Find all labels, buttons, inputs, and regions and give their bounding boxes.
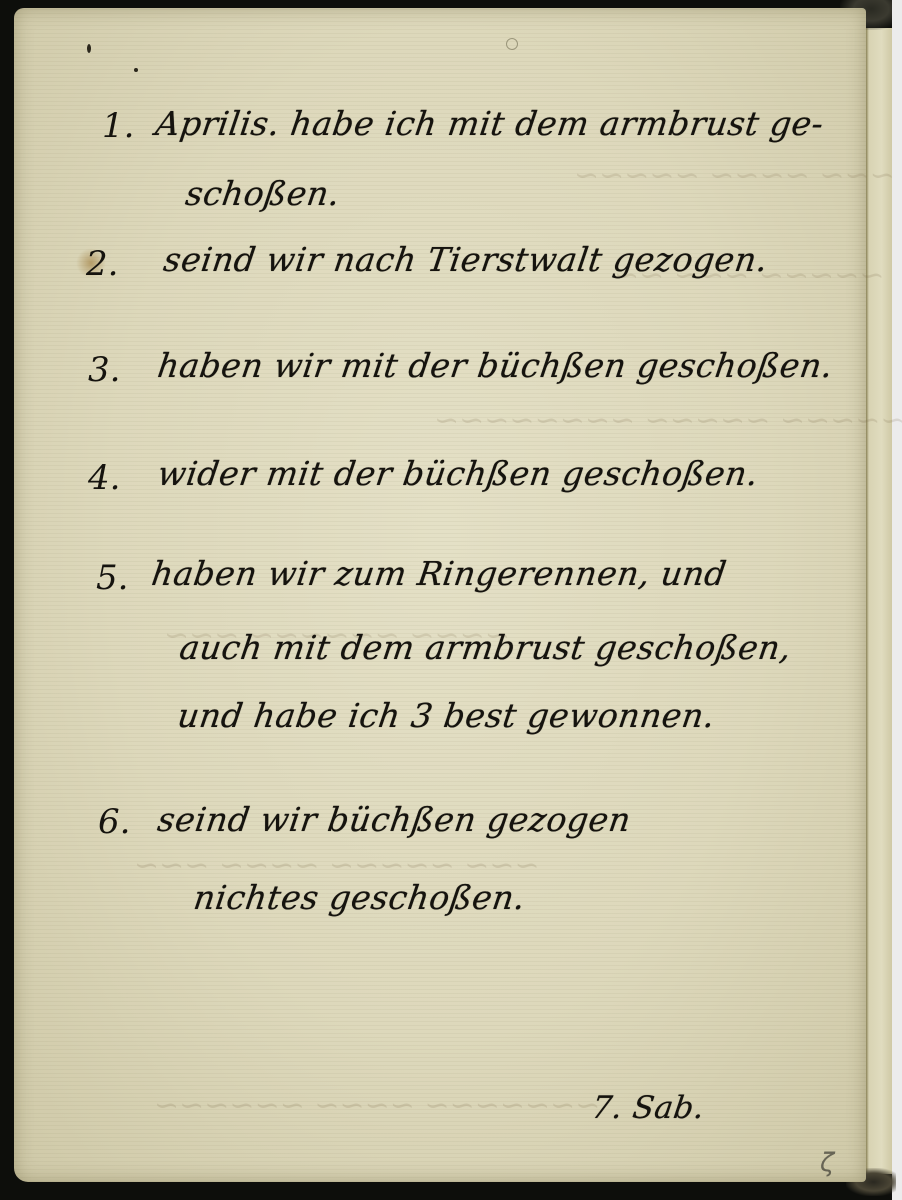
ink-speck	[134, 68, 138, 72]
entry-line: haben wir zum Ringerennen, und	[149, 554, 729, 593]
entry-line: und habe ich 3 best gewonnen.	[175, 696, 717, 735]
entry-line: schoßen.	[183, 174, 342, 213]
entry-number: 2.	[86, 244, 118, 284]
paper-hole	[506, 38, 518, 50]
next-page-edge	[866, 28, 892, 1174]
entry-line: Aprilis. habe ich mit dem armbrust ge-	[153, 104, 826, 143]
entry-line: wider mit der büchßen geschoßen.	[155, 454, 761, 493]
entry-number: 1.	[102, 106, 134, 146]
entry-line: nichtes geschoßen.	[191, 878, 528, 917]
ink-speck	[87, 44, 91, 53]
entry-number: 5.	[96, 558, 128, 598]
entry-number: 3.	[88, 350, 120, 390]
entry-number: 4.	[88, 458, 120, 498]
entry-number: 6.	[98, 802, 130, 842]
show-through-text: ~~~~~~~ ~~~~~ ~~~~~~~~	[434, 403, 902, 438]
entry-line: haben wir mit der büchßen geschoßen.	[155, 346, 835, 385]
catchword: 7. Sab.	[589, 1090, 706, 1126]
entry-line: seind wir nach Tierstwalt gezogen.	[161, 240, 770, 279]
pencil-mark: ζ	[820, 1148, 834, 1178]
show-through-text: ~~~~~~~ ~~~~ ~~~~~~	[154, 1088, 600, 1123]
manuscript-page: ~~~ ~~~~ ~~~~~ ~~~~~ ~~~ ~~ ~~~~~~~ ~~~~…	[14, 8, 866, 1182]
entry-line: seind wir büchßen gezogen	[155, 800, 633, 839]
show-through-text: ~~~ ~~~~ ~~~~~	[574, 158, 895, 193]
entry-line: auch mit dem armbrust geschoßen,	[177, 628, 794, 667]
